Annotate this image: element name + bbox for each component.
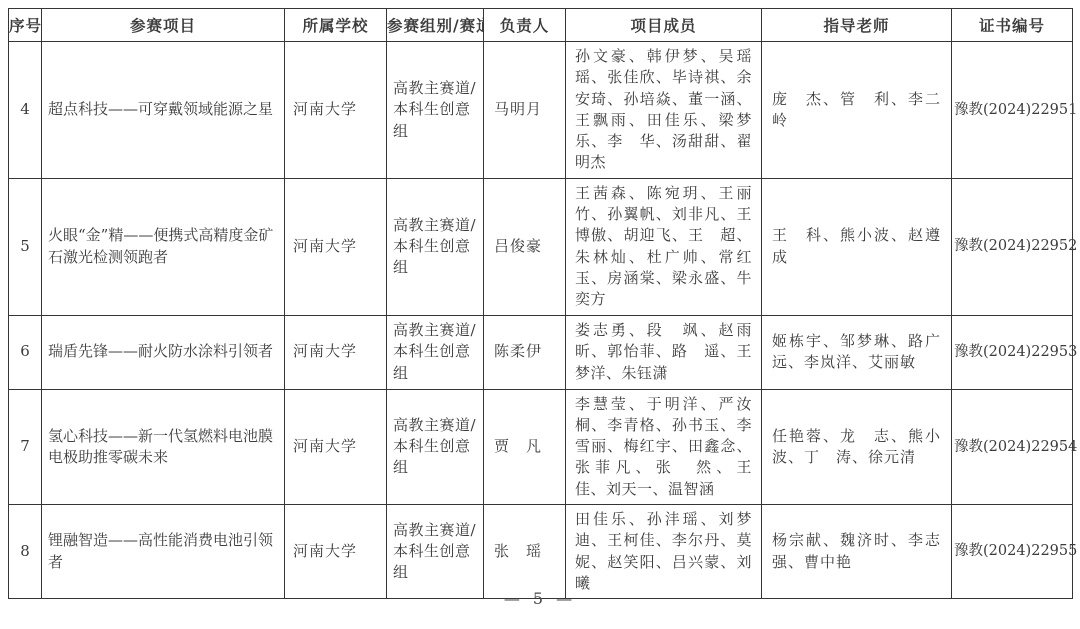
project-name: 氢心科技——新一代氢燃料电池膜电极助推零碳未来 (42, 389, 285, 504)
advisor-names: 任艳蓉、龙 志、熊小波、丁 涛、徐元清 (762, 389, 952, 504)
table-row: 7 氢心科技——新一代氢燃料电池膜电极助推零碳未来 河南大学 高教主赛道/本科生… (9, 389, 1073, 504)
header-index: 序号 (9, 9, 42, 42)
table-header-row: 序号 参赛项目 所属学校 参赛组别/赛道 负责人 项目成员 指导老师 证书编号 (9, 9, 1073, 42)
member-names: 李慧莹、于明洋、严汝桐、李青格、孙书玉、李雪丽、梅红宇、田鑫念、张菲凡、张 然、… (566, 389, 762, 504)
track-name: 高教主赛道/本科生创意组 (387, 178, 484, 315)
table-row: 4 超点科技——可穿戴领域能源之星 河南大学 高教主赛道/本科生创意组 马明月 … (9, 42, 1073, 179)
leader-name: 马明月 (484, 42, 566, 179)
project-name: 瑞盾先锋——耐火防水涂料引领者 (42, 315, 285, 389)
header-track: 参赛组别/赛道 (387, 9, 484, 42)
certificate-number: 豫教(2024)22951 (952, 42, 1073, 179)
member-names: 王茜森、陈宛玥、王丽竹、孙翼帆、刘非凡、王博傲、胡迎飞、王 超、朱林灿、杜广帅、… (566, 178, 762, 315)
advisor-names: 杨宗献、魏济时、李志强、曹中艳 (762, 505, 952, 599)
table-row: 8 锂融智造——高性能消费电池引领者 河南大学 高教主赛道/本科生创意组 张 瑶… (9, 505, 1073, 599)
header-advisors: 指导老师 (762, 9, 952, 42)
header-school: 所属学校 (285, 9, 387, 42)
advisor-names: 庞 杰、管 利、李二岭 (762, 42, 952, 179)
school-name: 河南大学 (285, 505, 387, 599)
header-certificate: 证书编号 (952, 9, 1073, 42)
project-name: 锂融智造——高性能消费电池引领者 (42, 505, 285, 599)
advisor-names: 姬栋宇、邹梦琳、路广远、李岚洋、艾丽敏 (762, 315, 952, 389)
certificate-number: 豫教(2024)22952 (952, 178, 1073, 315)
project-name: 火眼“金”精——便携式高精度金矿石激光检测领跑者 (42, 178, 285, 315)
header-project: 参赛项目 (42, 9, 285, 42)
row-index: 6 (9, 315, 42, 389)
leader-name: 陈柔伊 (484, 315, 566, 389)
certificate-number: 豫教(2024)22953 (952, 315, 1073, 389)
header-members: 项目成员 (566, 9, 762, 42)
table-row: 6 瑞盾先锋——耐火防水涂料引领者 河南大学 高教主赛道/本科生创意组 陈柔伊 … (9, 315, 1073, 389)
track-name: 高教主赛道/本科生创意组 (387, 42, 484, 179)
document-page: 序号 参赛项目 所属学校 参赛组别/赛道 负责人 项目成员 指导老师 证书编号 … (0, 0, 1080, 629)
row-index: 5 (9, 178, 42, 315)
member-names: 娄志勇、段 飒、赵雨昕、郭怡菲、路 遥、王梦洋、朱钰潇 (566, 315, 762, 389)
member-names: 孙文豪、韩伊梦、吴瑶瑶、张佳欣、毕诗祺、余安琦、孙培焱、董一涵、王飘雨、田佳乐、… (566, 42, 762, 179)
leader-name: 张 瑶 (484, 505, 566, 599)
certificate-number: 豫教(2024)22955 (952, 505, 1073, 599)
track-name: 高教主赛道/本科生创意组 (387, 389, 484, 504)
leader-name: 贾 凡 (484, 389, 566, 504)
leader-name: 吕俊豪 (484, 178, 566, 315)
certificate-number: 豫教(2024)22954 (952, 389, 1073, 504)
advisor-names: 王 科、熊小波、赵遵成 (762, 178, 952, 315)
school-name: 河南大学 (285, 389, 387, 504)
school-name: 河南大学 (285, 178, 387, 315)
track-name: 高教主赛道/本科生创意组 (387, 505, 484, 599)
member-names: 田佳乐、孙沣瑶、刘梦迪、王柯佳、李尔丹、莫 妮、赵笑阳、吕兴蒙、刘 曦 (566, 505, 762, 599)
school-name: 河南大学 (285, 42, 387, 179)
row-index: 4 (9, 42, 42, 179)
track-name: 高教主赛道/本科生创意组 (387, 315, 484, 389)
project-name: 超点科技——可穿戴领域能源之星 (42, 42, 285, 179)
page-number: — 5 — (0, 589, 1080, 608)
table-row: 5 火眼“金”精——便携式高精度金矿石激光检测领跑者 河南大学 高教主赛道/本科… (9, 178, 1073, 315)
header-leader: 负责人 (484, 9, 566, 42)
school-name: 河南大学 (285, 315, 387, 389)
row-index: 8 (9, 505, 42, 599)
row-index: 7 (9, 389, 42, 504)
award-list-table: 序号 参赛项目 所属学校 参赛组别/赛道 负责人 项目成员 指导老师 证书编号 … (8, 8, 1073, 599)
